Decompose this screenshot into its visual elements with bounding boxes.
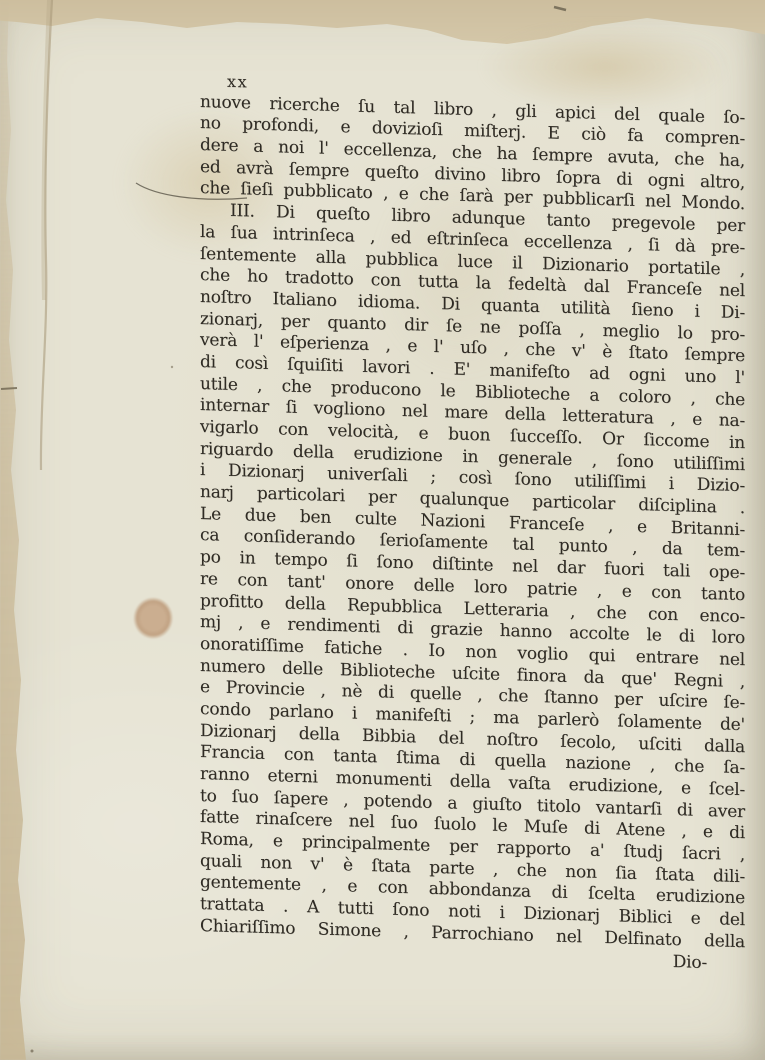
paper-crease-shadow [43,0,49,300]
book-page-scan: xx nuove ricerche ſu tal libro , gli api… [0,0,765,1060]
paper-crease-line [41,0,52,470]
torn-paper-edge [0,0,28,1060]
foxing-spot [133,597,175,645]
body-text: nuove ricerche ſu tal libro , gli apici … [200,92,745,954]
margin-speck [171,366,173,368]
text-block: xx nuove ricerche ſu tal libro , gli api… [200,70,745,975]
bottom-speck [31,1050,34,1053]
top-edge-stain [0,0,765,52]
